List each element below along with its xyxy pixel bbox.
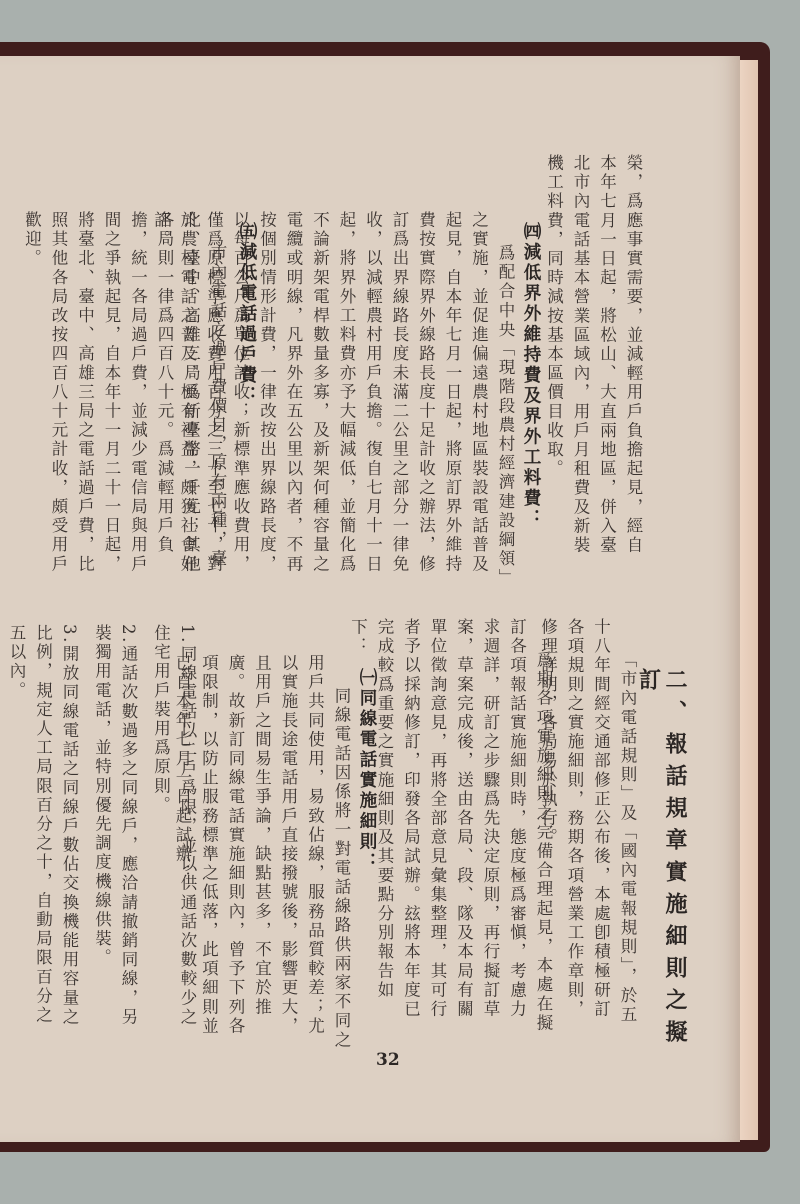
chapter-title: 二、報話規章實施細則之擬訂 bbox=[635, 668, 688, 1058]
section-5-body: 市內電話之過戶費價目，原有兩種，臺北、臺中、高雄三局爲新臺幣一千元；其他各局則一… bbox=[18, 211, 230, 581]
page-number: 32 bbox=[376, 1050, 400, 1070]
intro-paragraph: 榮，爲應事實需要，並減輕用戶負擔起見，經自本年七月一日起，將松山、大直兩地區，併… bbox=[540, 154, 646, 574]
list-item: 3.開放同線電話之同線戶數佔交換機能用容量之比例，規定人工局限百分之十，自動局限… bbox=[3, 624, 83, 1044]
list-item: 2.通話次數過多之同線戶，應洽請撤銷同線，另裝獨用電話，並特別優先調度機線供裝。 bbox=[88, 624, 141, 1044]
list-item-number: 2. bbox=[119, 624, 138, 645]
list-item-text: 通話次數過多之同線戶，應洽請撤銷同線，另裝獨用電話，並特別優先調度機線供裝。 bbox=[93, 624, 139, 1027]
list-item-text: 同線電話以二戶爲限，並以供通話次數較少之住宅用戶裝用爲原則。 bbox=[152, 624, 198, 1027]
list-item-text: 開放同線電話之同線戶數佔交換機能用容量之比例，規定人工局限百分之十，自動局限百分… bbox=[7, 624, 79, 1027]
section-5-heading: ㈤減低電話過戶費： bbox=[234, 222, 261, 542]
section-1-heading: ㈠同線電話實施細則： bbox=[354, 668, 381, 988]
book-page: 榮，爲應事實需要，並減輕用戶負擔起見，經自本年七月一日起，將松山、大直兩地區，併… bbox=[0, 56, 740, 1142]
list-item: 1.同線電話以二戶爲限，並以供通話次數較少之住宅用戶裝用爲原則。 bbox=[147, 624, 200, 1044]
section-4-heading: ㈣減低界外維持費及界外工料費： bbox=[518, 222, 545, 582]
list-item-number: 3. bbox=[60, 624, 79, 645]
section-1-list: 1.同線電話以二戶爲限，並以供通話次數較少之住宅用戶裝用爲原則。 2.通話次數過… bbox=[3, 624, 201, 1044]
list-item-number: 1. bbox=[178, 624, 197, 645]
